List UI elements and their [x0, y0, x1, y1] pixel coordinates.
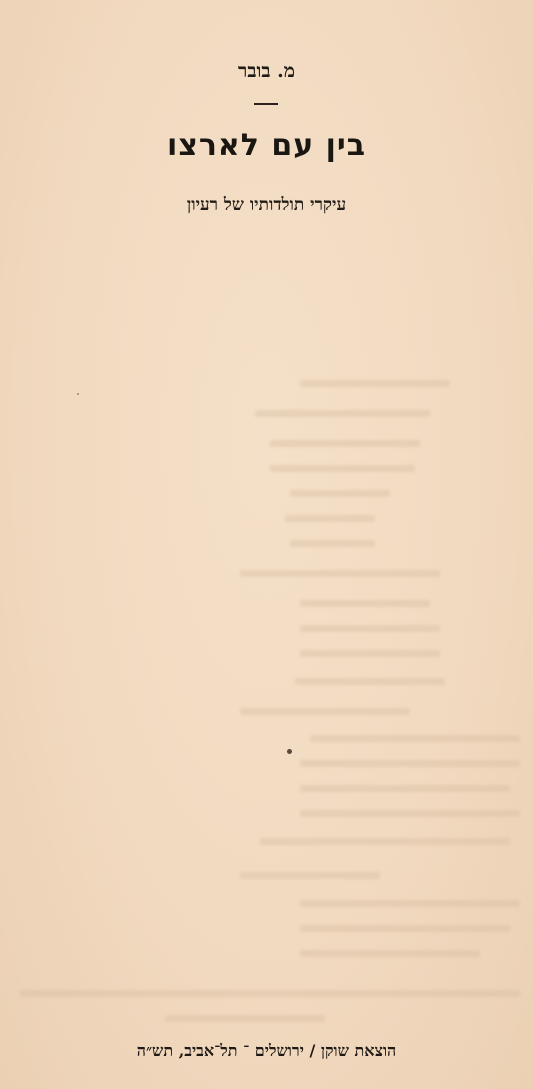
- show-through-line: [300, 650, 440, 657]
- show-through-line: [300, 900, 520, 907]
- publisher-imprint: הוצאת שוקן / ירושלים ־ תל־אביב, תש״ה: [0, 1041, 533, 1061]
- show-through-line: [300, 625, 440, 632]
- paper-speck: [287, 749, 292, 754]
- show-through-line: [295, 678, 445, 685]
- show-through-line: [20, 990, 520, 997]
- show-through-line: [290, 540, 375, 547]
- show-through-line: [300, 760, 520, 767]
- author-name: מ. בובר: [0, 60, 533, 83]
- show-through-line: [255, 410, 430, 417]
- show-through-line: [270, 440, 420, 447]
- show-through-line: [300, 925, 510, 932]
- show-through-line: [300, 600, 430, 607]
- show-through-line: [300, 950, 480, 957]
- show-through-line: [290, 490, 390, 497]
- show-through-line: [260, 838, 510, 845]
- book-title-page: מ. בובר בין עם לארצו עיקרי תולדותיו של ר…: [0, 0, 533, 1089]
- show-through-line: [240, 872, 380, 879]
- book-subtitle: עיקרי תולדותיו של רעיון: [0, 195, 533, 215]
- book-title: בין עם לארצו: [0, 128, 533, 163]
- show-through-line: [310, 735, 520, 742]
- show-through-line: [240, 708, 410, 715]
- show-through-line: [165, 1015, 325, 1022]
- show-through-line: [300, 380, 450, 387]
- title-divider: [254, 103, 278, 105]
- show-through-line: [300, 785, 510, 792]
- paper-speck: [77, 393, 79, 395]
- show-through-line: [240, 570, 440, 577]
- show-through-line: [285, 515, 375, 522]
- show-through-line: [300, 810, 520, 817]
- show-through-line: [270, 465, 415, 472]
